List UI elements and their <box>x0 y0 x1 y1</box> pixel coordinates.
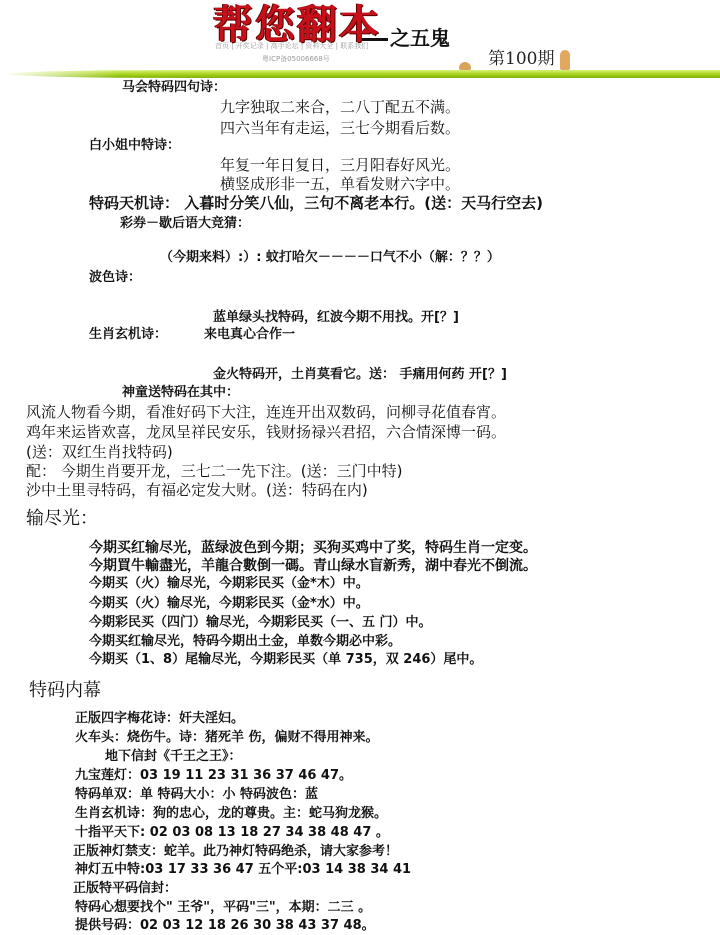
info-line: 正版神灯禁支：蛇羊。此乃神灯特码绝杀，请大家参考！ <box>73 844 398 860</box>
shentong-line: (送：双红生肖找特码) <box>26 443 173 462</box>
shengxiao-heading: 生肖玄机诗： <box>89 327 167 343</box>
info-line: 生肖玄机诗：狗的忠心，龙的尊贵。主：蛇马狗龙猴。 <box>75 806 387 822</box>
shentong-line: 风流人物看今期，看准好码下大注，连连开出双数码，问柳寻花值春宵。 <box>26 403 506 422</box>
lose-line: 今期买（1、8）尾输尽光，今期彩民买（单 735，双 246）尾中。 <box>89 652 482 668</box>
info-line: 神灯五中特:03 17 33 36 47 五个平:03 14 38 34 41 <box>75 862 411 878</box>
page-title: 帮您翻本 <box>213 0 381 50</box>
info-line: 地下信封《千王之王》： <box>105 749 242 765</box>
info-line: 特码心想要找个" 王爷"，平码"三"，本期：二三 。 <box>75 900 371 916</box>
lose-line: 今期買牛輸盡光，羊龍合數倒一碼。青山绿水盲新秀，湖中春光不倒流。 <box>89 557 537 575</box>
lose-line: 今期买红输尽光，特码今期出土金，单数今期必中彩。 <box>89 634 401 650</box>
horse-poem-line: 四六当年有走运，三七今期看后数。 <box>220 119 460 138</box>
issue-number: 第100期 <box>488 49 554 69</box>
banner-fade <box>0 68 120 78</box>
info-line: 特码单双：单 特码大小：小 特码波色：蓝 <box>75 787 318 803</box>
info-line: 火车头：烧伤牛。诗：猪死羊 伤，偏财不得用神来。 <box>75 730 379 746</box>
subtitle-text: 之五鬼 <box>390 26 450 50</box>
lose-line: 今期彩民买（四门）输尽光，今期彩民买（一、五 门）中。 <box>89 615 432 631</box>
info-line: 正版特平码信封： <box>73 881 177 897</box>
info-line: 提供号码：02 03 12 18 26 30 38 43 37 48。 <box>75 918 375 934</box>
info-line: 十指平天下: 02 03 08 13 18 27 34 38 48 47 。 <box>75 825 389 841</box>
tianji-poem: 特码天机诗： 入暮时分笑八仙，三句不离老本行。(送：天马行空去) <box>89 194 543 213</box>
section-heading: 输尽光： <box>26 508 98 530</box>
lose-line: 今期买（火）输尽光，今期彩民买（金*水）中。 <box>89 596 369 612</box>
bai-poem-line: 横竖成形非一五，单看发财六字中。 <box>220 175 460 194</box>
dash-divider <box>362 38 388 41</box>
info-line: 九宝莲灯：03 19 11 23 31 36 37 46 47。 <box>75 768 352 784</box>
shentong-heading: 神童送特码在其中： <box>122 385 239 401</box>
riddle-text: （今期来料）:）: 蚊打哈欠－－－－口气不小（解：？？） <box>160 250 500 266</box>
shentong-line: 沙中土里寻特码，有福必定发大财。(送：特码在内) <box>26 481 368 500</box>
riddle-heading: 彩券－歇后语大竞猜： <box>120 216 250 232</box>
lose-line: 今期买红输尽光，蓝绿波色到今期；买狗买鸡中了奖，特码生肖一定变。 <box>89 539 537 557</box>
page-header: 首页 | 开奖记录 | 高手论坛 | 资料大全 | 联系我们 粤ICP备0500… <box>0 0 720 78</box>
section-heading: 特码内幕 <box>29 680 101 702</box>
shentong-line: 鸡年来运皆欢喜，龙凤呈祥民安乐，钱财扬禄兴君招，六合情深博一码。 <box>26 423 506 442</box>
lose-line: 今期买（火）输尽光，今期彩民买（金*木）中。 <box>89 576 369 592</box>
character-decoration-icon <box>560 50 570 70</box>
horse-poem-line: 九字独取二来合，二八丁配五不满。 <box>220 98 460 117</box>
jinhuo-line: 金火特码开，土肖莫看它。送： 手痛用何药 开[？] <box>213 367 507 383</box>
info-line: 正版四字梅花诗：奸夫淫妇。 <box>75 711 244 727</box>
horse-poem-heading: 马会特码四句诗： <box>122 80 226 96</box>
mushroom-decoration-icon <box>459 62 471 70</box>
page-subtitle: 之五鬼 <box>362 26 450 50</box>
bai-poem-heading: 白小姐中特诗： <box>89 138 180 154</box>
shengxiao-inline: 来电真心合作一 <box>204 327 295 343</box>
bose-poem-line: 蓝单绿头找特码，红波今期不用找。开[？] <box>213 310 459 326</box>
icp-text: 粤ICP备05006668号 <box>262 55 330 64</box>
shentong-line: 配： 今期生肖要开龙，三七二一先下注。(送：三门中特) <box>26 462 402 481</box>
bai-poem-line: 年复一年日复日，三月阳春好风光。 <box>220 156 460 175</box>
bose-poem-heading: 波色诗： <box>89 270 141 286</box>
